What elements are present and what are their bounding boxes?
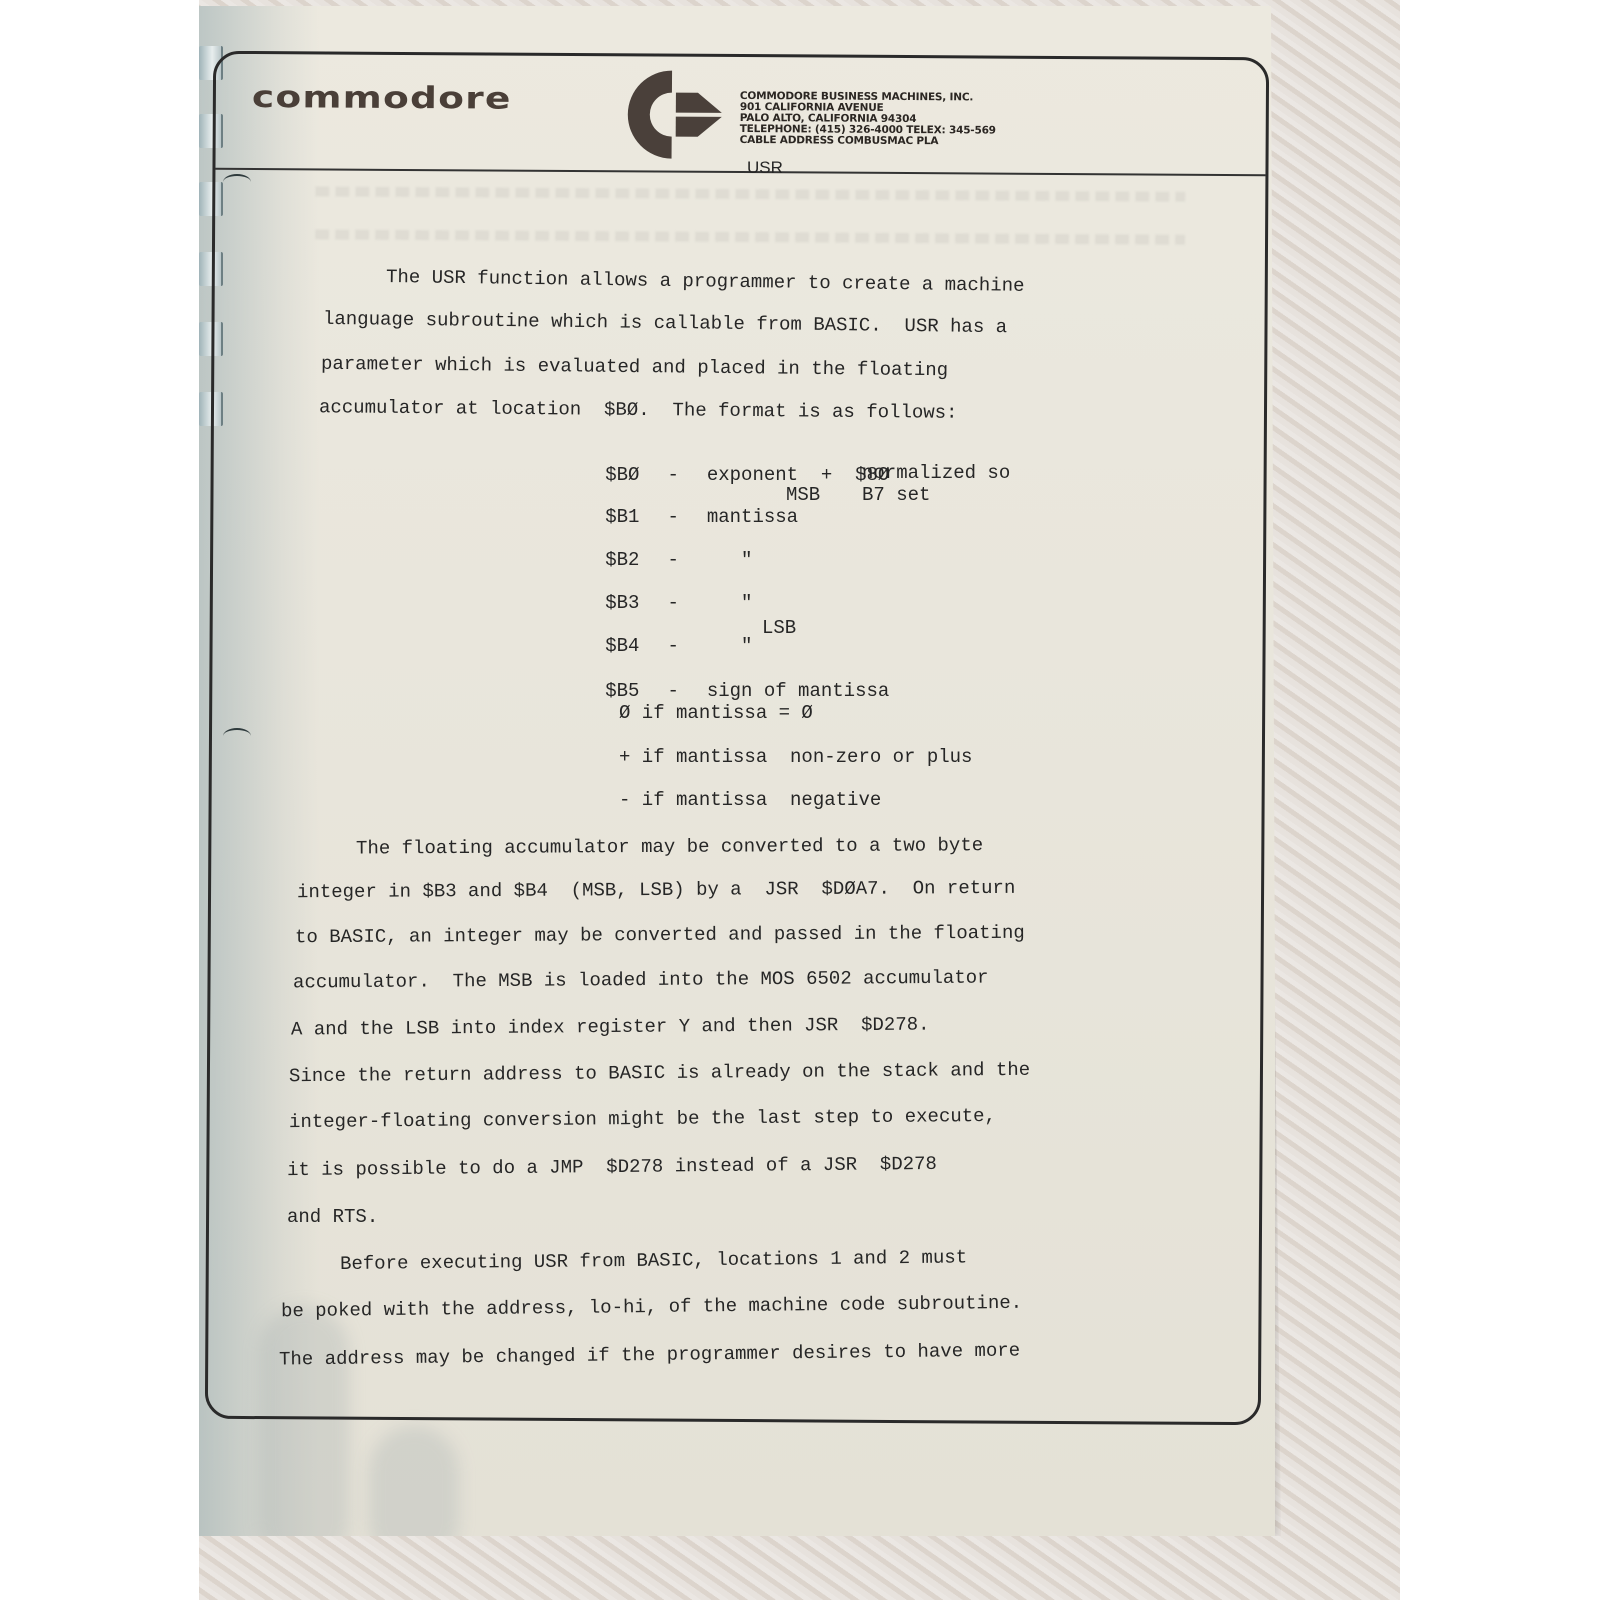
body-line: A and the LSB into index register Y and …	[291, 1013, 930, 1040]
table-addr: $BØ	[605, 464, 639, 486]
typed-document: USR The USR function allows a programmer…	[199, 6, 1275, 1536]
body-line: The floating accumulator may be converte…	[299, 834, 983, 860]
table-sep: -	[667, 680, 678, 702]
document-title: USR	[747, 158, 783, 178]
table-note: MSB	[786, 484, 820, 506]
sign-rule: Ø if mantissa = Ø	[619, 702, 813, 724]
body-line: The address may be changed if the progra…	[279, 1339, 1020, 1370]
body-line: Before executing USR from BASIC, locatio…	[283, 1246, 967, 1275]
body-line: integer in $B3 and $B4 (MSB, LSB) by a J…	[297, 877, 1015, 903]
body-line: it is possible to do a JMP $D278 instead…	[287, 1153, 937, 1181]
table-desc: "	[707, 549, 753, 571]
body-line: be poked with the address, lo-hi, of the…	[281, 1292, 1022, 1322]
booklet-page: commodore COMMODORE BUSINESS MACHINES, I…	[199, 6, 1275, 1536]
table-addr: $B3	[605, 592, 639, 614]
table-sep: -	[667, 592, 678, 614]
sign-rule: + if mantissa non-zero or plus	[619, 746, 972, 768]
table-note: LSB	[762, 617, 796, 639]
body-line: parameter which is evaluated and placed …	[321, 353, 948, 382]
table-sep: -	[667, 464, 678, 486]
body-line: The USR function allows a programmer to …	[329, 265, 1025, 297]
body-line: language subroutine which is callable fr…	[323, 308, 1007, 338]
table-addr: $B4	[605, 635, 639, 657]
table-addr: $B2	[605, 549, 639, 571]
body-line: accumulator. The MSB is loaded into the …	[293, 967, 989, 994]
body-line: and RTS.	[287, 1206, 378, 1228]
photo-background: commodore COMMODORE BUSINESS MACHINES, I…	[199, 0, 1400, 1600]
body-line: accumulator at location $BØ. The format …	[319, 396, 958, 424]
sign-rule: - if mantissa negative	[619, 789, 881, 811]
table-sep: -	[667, 549, 678, 571]
table-desc: sign of mantissa	[707, 680, 889, 702]
table-desc: mantissa	[707, 506, 798, 528]
body-line: to BASIC, an integer may be converted an…	[295, 922, 1025, 948]
table-desc: "	[707, 635, 753, 657]
body-line: integer-floating conversion might be the…	[289, 1105, 996, 1133]
table-desc: "	[707, 592, 753, 614]
table-addr: $B5	[605, 680, 639, 702]
table-sep: -	[667, 506, 678, 528]
body-line: Since the return address to BASIC is alr…	[289, 1059, 1030, 1087]
table-sep: -	[667, 635, 678, 657]
table-addr: $B1	[605, 506, 639, 528]
table-note-normalized: normalized so B7 set	[862, 462, 1010, 506]
